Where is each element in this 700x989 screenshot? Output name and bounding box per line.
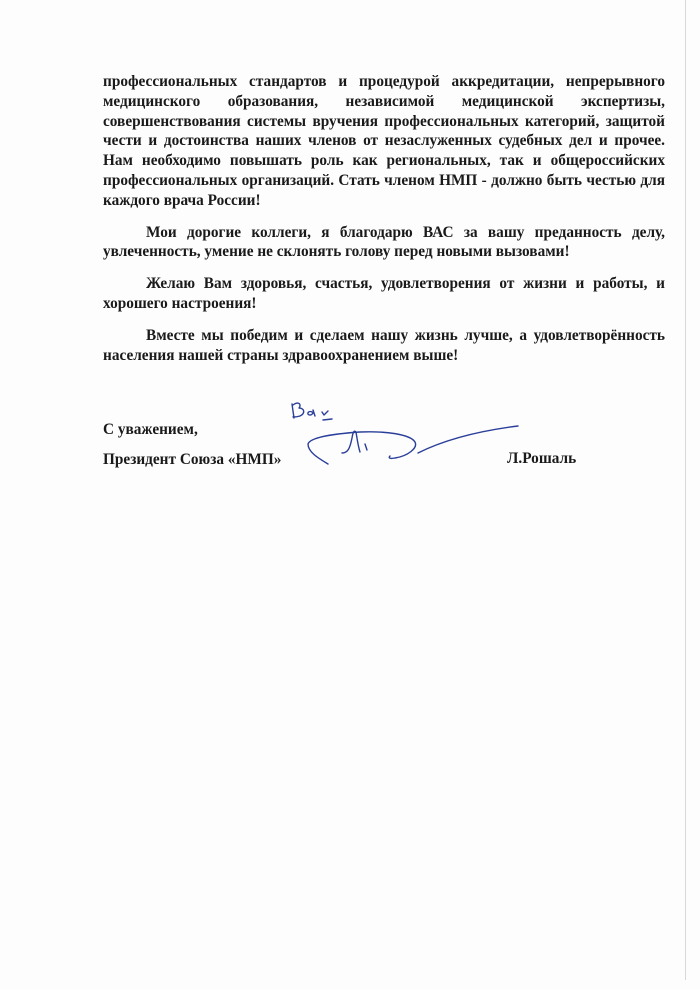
signer-title: Президент Союза «НМП» [103,450,281,470]
signer-name: Л.Рошаль [507,449,576,469]
closing-block: С уважением, Президент Союза «НМП» [103,420,281,470]
document-page: профессиональных стандартов и процедурой… [0,0,700,989]
handwritten-signature-icon [290,398,520,478]
letter-body: профессиональных стандартов и процедурой… [103,72,665,377]
paragraph-2: Мои дорогие коллеги, я благодарю ВАС за … [103,223,665,263]
paragraph-3: Желаю Вам здоровья, счастья, удовлетворе… [103,274,665,314]
salutation: С уважением, [103,420,281,440]
paragraph-4: Вместе мы победим и сделаем нашу жизнь л… [103,326,665,366]
paragraph-1: профессиональных стандартов и процедурой… [103,72,665,211]
page-edge-line [685,0,686,980]
